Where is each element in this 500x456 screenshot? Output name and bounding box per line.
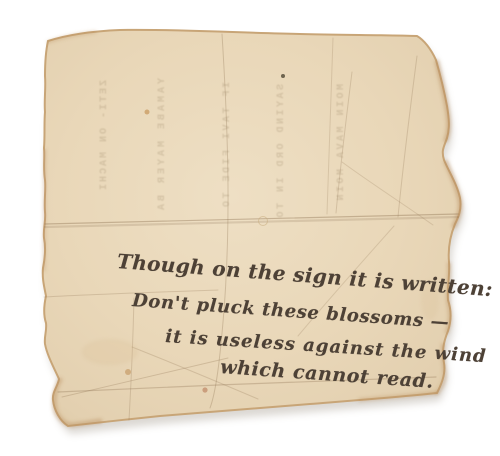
- bleedthrough-text-column: YAMABE MAYER BA: [157, 78, 168, 213]
- stain-mark: [145, 110, 150, 115]
- stain-mark: [82, 339, 138, 365]
- bleedthrough-text-column: ZETI- ON MACHI: [99, 80, 110, 192]
- ink-speck: [281, 74, 285, 78]
- photo-background: ZETI- ON MACHI YAMABE MAYER BA IF TAVI F…: [0, 0, 500, 456]
- bleedthrough-text-column: MOIN MAVA MOIN: [336, 84, 347, 203]
- stain-mark: [202, 387, 207, 392]
- bleedthrough-text-column: SAYIND ORD IN TO: [276, 84, 287, 220]
- bleedthrough-text-column: IF TAVI FIDE TO: [222, 82, 233, 210]
- stain-mark: [125, 369, 131, 375]
